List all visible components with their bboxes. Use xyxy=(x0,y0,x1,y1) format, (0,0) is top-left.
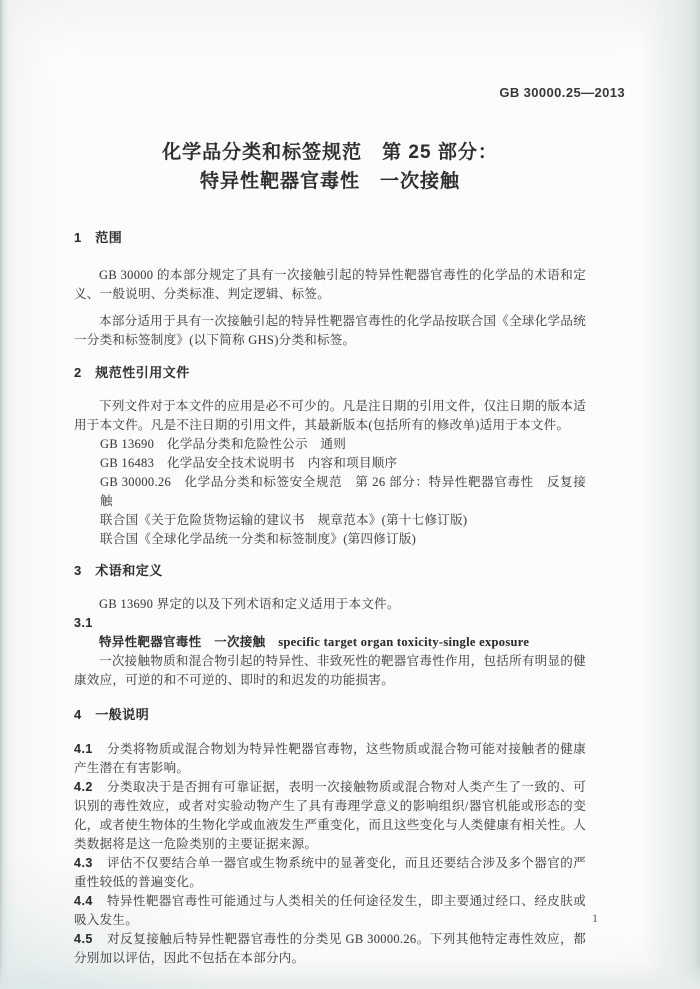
reference-item: 联合国《关于危险货物运输的建议书 规章范本》(第十七修订版) xyxy=(100,511,586,530)
clause-4-2: 4.2分类取决于是否拥有可靠证据，表明一次接触物质或混合物对人类产生了一致的、可… xyxy=(74,778,586,854)
clause-number: 4.1 xyxy=(74,742,93,756)
reference-item: GB 13690 化学品分类和危险性公示 通则 xyxy=(100,435,586,454)
scan-right-edge-shadow xyxy=(642,0,700,989)
clause-number: 4.5 xyxy=(74,932,93,946)
section-heading-scope: 1 范围 xyxy=(74,228,586,247)
normative-references-intro: 下列文件对于本文件的应用是必不可少的。凡是注日期的引用文件，仅注日期的版本适用于… xyxy=(74,397,586,435)
scope-paragraph-1: GB 30000 的本部分规定了具有一次接触引起的特异性靶器官毒性的化学品的术语… xyxy=(74,266,586,304)
document-title: 化学品分类和标签规范 第 25 部分： 特异性靶器官毒性 一次接触 xyxy=(74,138,586,196)
clause-4-3: 4.3评估不仅要结合单一器官或生物系统中的显著变化，而且还要结合涉及多个器官的严… xyxy=(74,854,586,892)
term-definition: 一次接触物质和混合物引起的特异性、非致死性的靶器官毒性作用，包括所有明显的健康效… xyxy=(74,652,586,690)
clause-4-4: 4.4特异性靶器官毒性可能通过与人类相关的任何途径发生，即主要通过经口、经皮肤或… xyxy=(74,892,586,930)
term-name: 特异性靶器官毒性 一次接触 specific target organ toxi… xyxy=(74,633,586,652)
scope-paragraph-2: 本部分适用于具有一次接触引起的特异性靶器官毒性的化学品按联合国《全球化学品统一分… xyxy=(74,312,586,350)
reference-item: GB 30000.26 化学品分类和标签安全规范 第 26 部分：特异性靶器官毒… xyxy=(100,473,586,511)
clause-text: 对反复接触后特异性靶器官毒性的分类见 GB 30000.26。下列其他特定毒性效… xyxy=(74,932,586,965)
page-body: 化学品分类和标签规范 第 25 部分： 特异性靶器官毒性 一次接触 1 范围 G… xyxy=(74,138,586,968)
clause-text: 分类将物质或混合物划为特异性靶器官毒物，这些物质或混合物可能对接触者的健康产生潜… xyxy=(74,742,586,775)
normative-references-list: GB 13690 化学品分类和危险性公示 通则 GB 16483 化学品安全技术… xyxy=(74,435,586,549)
clause-text: 评估不仅要结合单一器官或生物系统中的显著变化，而且还要结合涉及多个器官的严重性较… xyxy=(74,856,586,889)
clause-4-5: 4.5对反复接触后特异性靶器官毒性的分类见 GB 30000.26。下列其他特定… xyxy=(74,930,586,968)
standard-number: GB 30000.25—2013 xyxy=(499,85,625,100)
section-heading-general-notes: 4 一般说明 xyxy=(74,705,586,724)
term-clause-number: 3.1 xyxy=(74,614,586,633)
clause-4-1: 4.1分类将物质或混合物划为特异性靶器官毒物，这些物质或混合物可能对接触者的健康… xyxy=(74,740,586,778)
terms-intro: GB 13690 界定的以及下列术语和定义适用于本文件。 xyxy=(74,595,586,614)
document-title-line-1: 化学品分类和标签规范 第 25 部分： xyxy=(74,138,586,167)
reference-item: 联合国《全球化学品统一分类和标签制度》(第四修订版) xyxy=(100,530,586,549)
section-heading-terms-definitions: 3 术语和定义 xyxy=(74,561,586,580)
clause-number: 4.2 xyxy=(74,780,93,794)
reference-item: GB 16483 化学品安全技术说明书 内容和项目顺序 xyxy=(100,454,586,473)
page-number: 1 xyxy=(592,911,598,926)
clause-text: 分类取决于是否拥有可靠证据，表明一次接触物质或混合物对人类产生了一致的、可识别的… xyxy=(74,780,586,851)
clause-number: 4.3 xyxy=(74,856,93,870)
scanned-standard-page: GB 30000.25—2013 化学品分类和标签规范 第 25 部分： 特异性… xyxy=(0,0,700,989)
section-heading-normative-references: 2 规范性引用文件 xyxy=(74,363,586,382)
scan-left-edge-shadow xyxy=(0,0,16,989)
clause-number: 4.4 xyxy=(74,894,93,908)
document-title-line-2: 特异性靶器官毒性 一次接触 xyxy=(74,167,586,196)
clause-text: 特异性靶器官毒性可能通过与人类相关的任何途径发生，即主要通过经口、经皮肤或吸入发… xyxy=(74,894,586,927)
